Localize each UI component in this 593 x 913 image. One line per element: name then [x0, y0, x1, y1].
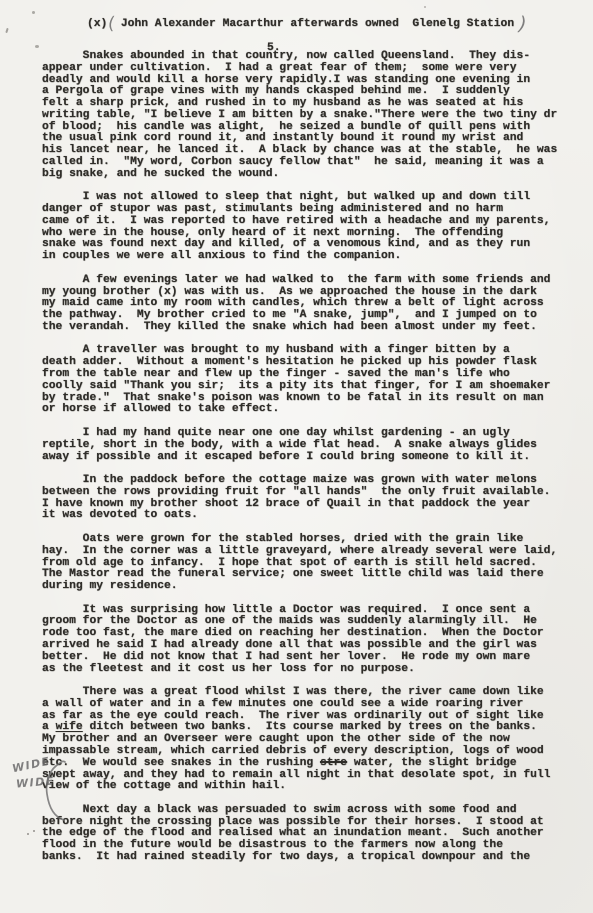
margin-bracket-curve — [40, 760, 68, 826]
paper-speck — [5, 28, 8, 33]
handwritten-close-paren: ) — [518, 13, 527, 35]
text-line: during my residence. — [42, 581, 587, 593]
text-line: writing table, "I believe I am bitten by… — [42, 110, 587, 122]
text-line: big snake, and he sucked the wound. — [42, 169, 587, 181]
text-line: Next day a black was persuaded to swim a… — [42, 805, 587, 817]
text-line: between the rows providing fruit for "al… — [42, 487, 587, 499]
paragraph: A traveller was brought to my husband wi… — [42, 345, 587, 416]
text-line: as the fleetest and it cost us her loss … — [42, 664, 587, 676]
paragraph: It was surprising how little a Doctor wa… — [42, 605, 587, 676]
paragraph: I had my hand quite near one one day whi… — [42, 428, 587, 463]
paragraph: There was a great flood whilst I was the… — [42, 687, 587, 793]
handwritten-open-paren: ( — [107, 14, 116, 35]
text-line: arrived he said I had already done all t… — [42, 640, 587, 652]
struck-out-word: stre — [320, 757, 347, 769]
paper-speck — [35, 45, 39, 48]
text-line: better. He did not know that I had sent … — [42, 652, 587, 664]
underlined-word: wife — [56, 721, 83, 733]
text-line: in couples we were all anxious to find t… — [42, 251, 587, 263]
text-segment: ditch between two banks. Its course mark… — [83, 721, 537, 733]
text-line: came of it. I was reported to have retir… — [42, 216, 587, 228]
text-line: reptile, short in the body, with a wide … — [42, 440, 587, 452]
text-line: appear under cultivation. I had a great … — [42, 63, 587, 75]
text-line: Oats were grown for the stabled horses, … — [42, 534, 587, 546]
text-line: banks. It had rained steadily for two da… — [42, 852, 587, 864]
paragraph: Snakes abounded in that country, now cal… — [42, 51, 587, 181]
text-segment: a — [42, 721, 56, 733]
paragraph: Oats were grown for the stabled horses, … — [42, 534, 587, 593]
paragraph: In the paddock before the cottage maize … — [42, 475, 587, 522]
text-segment: water, the slight bridge — [347, 757, 516, 769]
paper-speck — [424, 6, 426, 8]
text-line: view of the cottage and within hail. — [42, 781, 587, 793]
paragraph: I was not allowed to sleep that night, b… — [42, 192, 587, 263]
paragraph: Next day a black was persuaded to swim a… — [42, 805, 587, 864]
pencil-dot — [33, 830, 35, 832]
document-body: Snakes abounded in that country, now cal… — [42, 51, 587, 864]
text-line: away if possible and it escaped before I… — [42, 452, 587, 464]
paragraph: A few evenings later we had walked to th… — [42, 275, 587, 334]
text-line: A few evenings later we had walked to th… — [42, 275, 587, 287]
document-page: (x) John Alexander Macarthur afterwards … — [0, 0, 593, 913]
text-line: hay. In the corner was a little graveyar… — [42, 546, 587, 558]
text-line: etc. We would see snakes in the rushing … — [42, 758, 587, 770]
text-line: I had my hand quite near one one day whi… — [42, 428, 587, 440]
text-segment: etc. We would see snakes in the rushing — [42, 757, 320, 769]
paper-speck — [32, 11, 35, 14]
pencil-dot — [27, 833, 29, 835]
text-line: a wall of water and in a few minutes one… — [42, 699, 587, 711]
text-line: Snakes abounded in that country, now cal… — [42, 51, 587, 63]
header-note: (x) John Alexander Macarthur afterwards … — [87, 19, 514, 31]
text-line: or horse if allowed to take effect. — [42, 404, 587, 416]
text-line: the verandah. They killed the snake whic… — [42, 322, 587, 334]
text-line: coolly said "Thank you sir; its a pity i… — [42, 381, 587, 393]
text-line: it was devoted to oats. — [42, 510, 587, 522]
